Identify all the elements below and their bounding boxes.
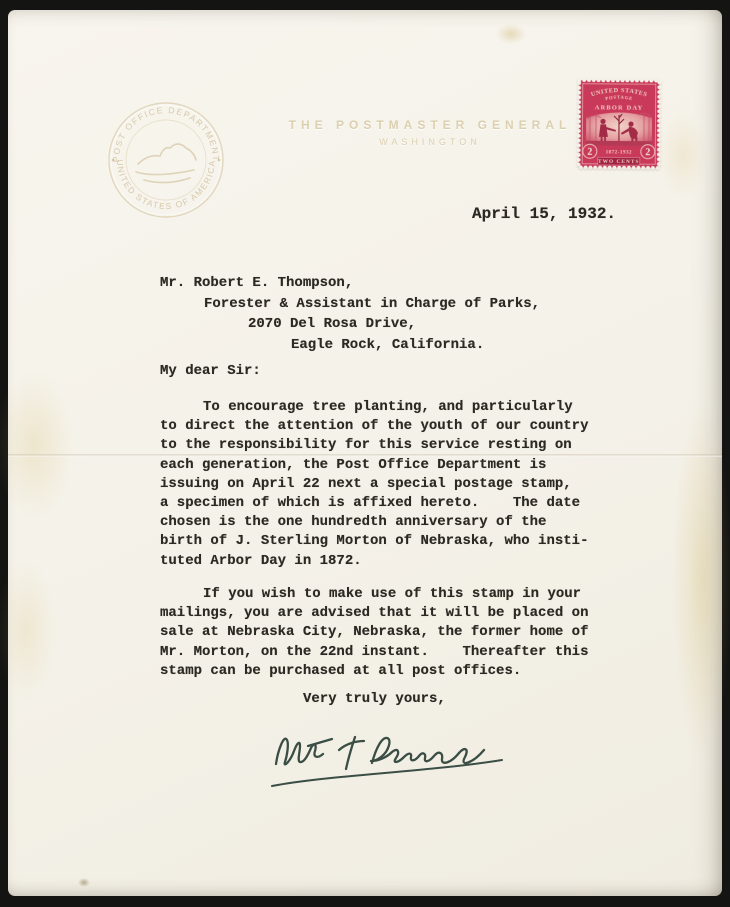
text-line: birth of J. Sterling Morton of Nebraska,… [160,532,588,551]
text-line: stamp can be purchased at all post offic… [160,662,588,681]
text-line: Forester & Assistant in Charge of Parks, [160,294,540,315]
text-line: If you wish to make use of this stamp in… [160,585,588,604]
text-line: chosen is the one hundredth anniversary … [160,513,588,532]
stamp-denomination-right: 2 [645,147,650,158]
text-line: each generation, the Post Office Departm… [160,456,588,475]
seal-horse-rider-icon [136,144,196,183]
recipient-address: Mr. Robert E. Thompson,Forester & Assist… [160,273,540,355]
letterhead: THE POSTMASTER GENERAL WASHINGTON [248,118,612,147]
arbor-day-stamp: UNITED STATES POSTAGE ARBOR DAY [576,77,663,172]
salutation: My dear Sir: [160,362,261,381]
text-line: to direct the attention of the youth of … [160,417,588,436]
text-line: tuted Arbor Day in 1872. [160,552,588,571]
letter-paper: POST OFFICE DEPARTMENT UNITED STATES OF … [8,10,722,896]
date-text: April 15, 1932. [472,205,616,223]
paper-stain [496,24,526,44]
text-line: mailings, you are advised that it will b… [160,604,588,623]
seal-top-text: POST OFFICE DEPARTMENT [111,105,221,162]
text-line: To encourage tree planting, and particul… [160,398,588,417]
text-line: sale at Nebraska City, Nebraska, the for… [160,623,588,642]
text-line: Mr. Robert E. Thompson, [160,273,540,294]
body-paragraph-2: If you wish to make use of this stamp in… [160,585,588,681]
body-paragraph-1: To encourage tree planting, and particul… [160,398,588,571]
stamp-banner-text: ARBOR DAY [595,104,644,111]
seal-bottom-text: UNITED STATES OF AMERICA [115,159,217,211]
stamp-years-text: 1872-1932 [606,150,632,155]
closing-text: Very truly yours, [303,691,446,707]
text-line: Mr. Morton, on the 22nd instant. Thereaf… [160,643,588,662]
paper-stain [0,370,74,520]
text-line: to the responsibility for this service r… [160,436,588,455]
closing-line: Very truly yours, [303,690,446,709]
text-line: Eagle Rock, California. [160,335,540,356]
paper-stain [78,878,90,887]
paper-stain [0,560,56,700]
text-line: issuing on April 22 next a special posta… [160,475,588,494]
stamp-value-text: TWO CENTS [598,159,640,165]
stamp-vignette-children-planting-tree-icon [586,112,652,145]
handwritten-signature [258,710,520,802]
paper-stain [658,110,708,200]
salutation-text: My dear Sir: [160,363,261,379]
stamp-denomination-left: 2 [587,147,592,158]
letterhead-title: THE POSTMASTER GENERAL [248,118,612,132]
date-line: April 15, 1932. [472,205,616,223]
scanned-letter-canvas: POST OFFICE DEPARTMENT UNITED STATES OF … [0,0,730,907]
text-line: a specimen of which is affixed hereto. T… [160,494,588,513]
text-line: 2070 Del Rosa Drive, [160,314,540,335]
embossed-post-office-seal: POST OFFICE DEPARTMENT UNITED STATES OF … [104,98,228,222]
letterhead-city: WASHINGTON [248,137,612,147]
